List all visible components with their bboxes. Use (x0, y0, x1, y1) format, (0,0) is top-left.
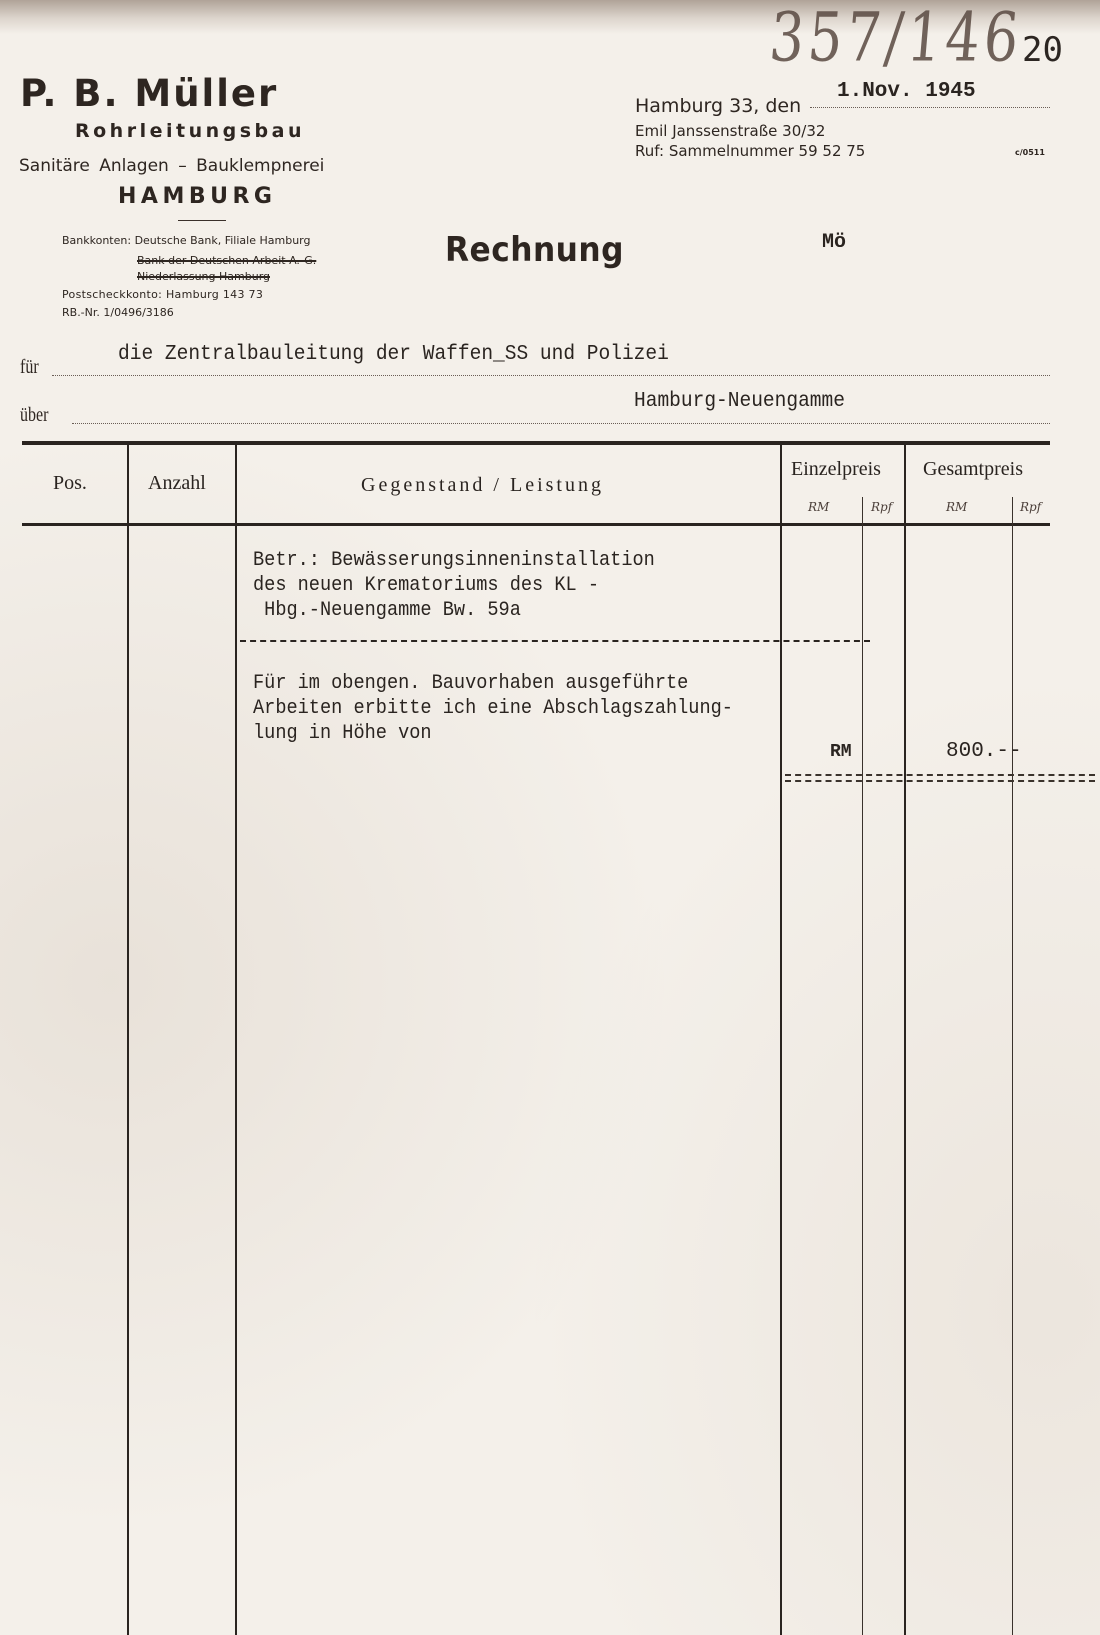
recipient-name: die Zentralbauleitung der Waffen_SS und … (118, 343, 669, 366)
invoice-date: 1.Nov. 1945 (837, 80, 976, 103)
company-name: P. B. Müller (20, 72, 278, 115)
table-header-rule (22, 523, 1050, 526)
einzelpreis-rpf-header: Rpf (871, 500, 892, 514)
bank-struck-line-1: Bank der Deutschen Arbeit A.-G. (137, 254, 316, 267)
letterhead-divider (178, 220, 226, 221)
document-title: Rechnung (445, 230, 624, 270)
company-trade: Rohrleitungsbau (75, 120, 305, 142)
initials-stamp: Mö (822, 231, 846, 254)
dashed-separator (240, 640, 870, 642)
total-double-rule (785, 774, 1095, 782)
handwritten-archive-mark: 357/146 (767, 0, 1026, 77)
column-header-anzahl: Anzahl (148, 472, 206, 495)
einzelpreis-rm-header: RM (808, 500, 829, 514)
postscheck-account: Postscheckkonto: Hamburg 143 73 (62, 288, 263, 301)
column-header-gesamtpreis: Gesamtpreis (923, 458, 1023, 481)
column-divider-pos (127, 445, 129, 1635)
column-divider-einzel-rpf (862, 497, 863, 1635)
ueber-dotted-line (72, 423, 1050, 424)
column-header-gegenstand: Gegenstand / Leistung (361, 474, 604, 497)
recipient-location: Hamburg-Neuengamme (634, 390, 845, 413)
gesamtpreis-rm-header: RM (946, 500, 967, 514)
place-label: Hamburg 33, den (635, 95, 801, 117)
bank-struck-line-2: Niederlassung Hamburg (137, 270, 270, 283)
date-dotted-line (810, 107, 1050, 108)
rb-number: RB.-Nr. 1/0496/3186 (62, 306, 174, 319)
company-city: HAMBURG (118, 184, 276, 209)
company-phone: Ruf: Sammelnummer 59 52 75 (635, 142, 865, 160)
ueber-label: über (20, 404, 48, 427)
table-top-rule (22, 441, 1050, 445)
column-divider-gegenstand (780, 445, 782, 1635)
column-divider-einzelpreis (904, 445, 906, 1635)
column-header-einzelpreis: Einzelpreis (791, 458, 881, 481)
column-header-pos: Pos. (53, 472, 87, 495)
company-address: Emil Janssenstraße 30/32 (635, 122, 825, 140)
bank-accounts: Bankkonten: Deutsche Bank, Filiale Hambu… (62, 234, 310, 247)
company-services: Sanitäre Anlagen – Bauklempnerei (19, 156, 324, 176)
gesamtpreis-rpf-header: Rpf (1020, 500, 1041, 514)
fuer-dotted-line (52, 375, 1050, 376)
amount-currency: RM (830, 742, 852, 762)
item-description: Für im obengen. Bauvorhaben ausgeführte … (253, 671, 733, 746)
column-divider-anzahl (235, 445, 237, 1635)
page-number: 20 (1022, 30, 1063, 70)
item-reference: Betr.: Bewässerungsinneninstallation des… (253, 548, 655, 623)
total-amount: 800.-- (946, 740, 1022, 763)
form-code: c/0511 (1015, 148, 1045, 157)
column-divider-gesamt-rpf (1012, 497, 1013, 1635)
fuer-label: für (20, 356, 39, 379)
